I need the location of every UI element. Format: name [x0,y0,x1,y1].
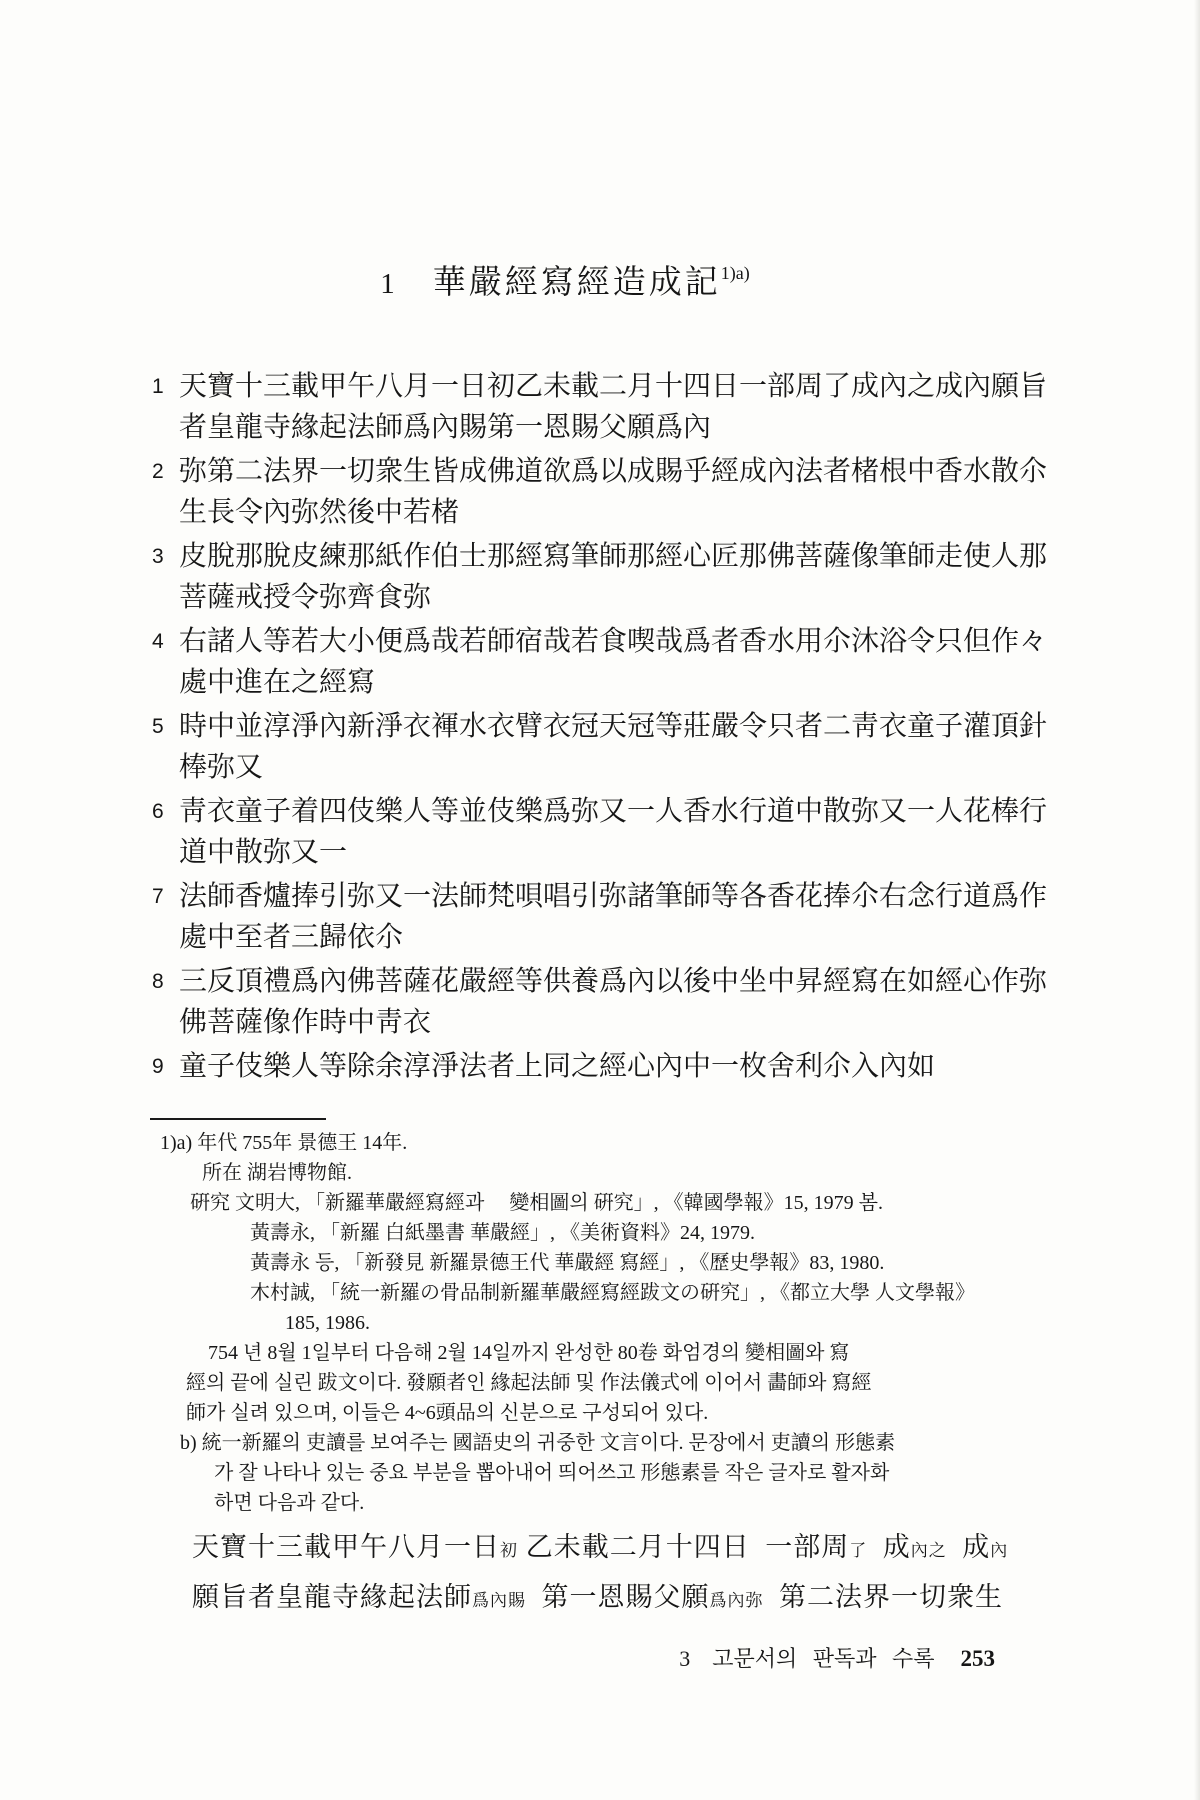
footer-chapter-number: 3 [679,1646,690,1671]
idu-text: 第二法界一切衆生 [764,1582,1004,1612]
line-text: 童子伎樂人等除余淳淨法者上同之經心內中一枚舍利尒入內如 [179,1046,1057,1087]
line-number: 8 [152,961,179,1043]
idu-reading-line: 願旨者皇龍寺緣起法師爲內賜 第一恩賜父願爲內弥 第二法界一切衆生 [192,1574,1052,1624]
idu-text: 第一恩賜父願 [526,1582,710,1612]
line-number: 9 [152,1046,179,1087]
line-number: 3 [152,536,179,618]
idu-morpheme-small: 內 [990,1541,1008,1560]
idu-text: 成 [947,1532,991,1562]
footnote-line: 黃壽永 등, 「新發見 新羅景德王代 華嚴經 寫經」, 《歷史學報》83, 19… [0,1248,1060,1278]
line-text-row: 道中散弥又一 [179,832,1057,873]
footnote-line: 754 년 8월 1일부터 다음해 2월 14일까지 완성한 80卷 화엄경의 … [0,1338,1060,1368]
footer-page-number: 253 [961,1646,996,1671]
line-text: 右諸人等若大小便爲哉若師宿哉若食喫哉爲者香水用尒沐浴令只但作々處中進在之經寫 [179,621,1057,703]
idu-text: 乙未載二月十四日 一部周 [518,1532,849,1562]
manuscript-transcription: 1天寶十三載甲午八月一日初乙未載二月十四日一部周了成內之成內願旨者皇龍寺緣起法師… [152,366,1057,1090]
idu-text: 願旨者皇龍寺緣起法師 [192,1582,472,1612]
page-footer: 3고문서의 판독과 수록253 [0,1642,995,1673]
line-text: 天寶十三載甲午八月一日初乙未載二月十四日一部周了成內之成內願旨者皇龍寺緣起法師爲… [179,366,1057,448]
line-text-row: 生長令內弥然後中若楮 [179,492,1057,533]
line-number: 2 [152,451,179,533]
line-text-row: 者皇龍寺緣起法師爲內賜第一恩賜父願爲內 [179,407,1057,448]
line-text-row: 時中並淳淨內新淨衣褌水衣臂衣冠天冠等莊嚴令只者二靑衣童子灌頂針 [179,706,1057,747]
line-text-row: 菩薩戒授令弥齊食弥 [179,577,1057,618]
line-text-row: 童子伎樂人等除余淳淨法者上同之經心內中一枚舍利尒入內如 [179,1046,1057,1087]
title-number: 1 [380,268,395,300]
footnote-separator-rule [150,1118,326,1120]
line-number: 7 [152,876,179,958]
transcription-line: 9童子伎樂人等除余淳淨法者上同之經心內中一枚舍利尒入內如 [152,1046,1057,1087]
footnote-line: 所在 湖岩博物館. [0,1158,1060,1188]
line-number: 5 [152,706,179,788]
line-text: 靑衣童子着四伎樂人等並伎樂爲弥又一人香水行道中散弥又一人花棒行道中散弥又一 [179,791,1057,873]
transcription-line: 3皮脫那脫皮練那紙作伯士那經寫筆師那經心匠那佛菩薩像筆師走使人那菩薩戒授令弥齊食… [152,536,1057,618]
line-text-row: 天寶十三載甲午八月一日初乙未載二月十四日一部周了成內之成內願旨 [179,366,1057,407]
idu-morpheme-small: 內之 [911,1541,947,1560]
footnote-line: 硏究 文明大, 「新羅華嚴經寫經과 變相圖의 硏究」, 《韓國學報》15, 19… [0,1188,1060,1218]
idu-reading-line: 天寶十三載甲午八月一日初 乙未載二月十四日 一部周了 成內之 成內 [192,1524,1052,1574]
line-text: 三反頂禮爲內佛菩薩花嚴經等供養爲內以後中坐中昇經寫在如經心作弥佛菩薩像作時中靑衣 [179,961,1057,1043]
footnote-line: 가 잘 나타나 있는 중요 부분을 뽑아내어 띄어쓰고 形態素를 작은 글자로 … [0,1458,1060,1488]
scan-edge-shadow [1194,0,1200,1800]
footnote-line: b) 統一新羅의 吏讀를 보여주는 國語史의 귀중한 文言이다. 문장에서 吏讀… [0,1428,1060,1458]
footnote-line: 185, 1986. [0,1308,1060,1338]
document-title: 1華嚴經寫經造成記1)a) [0,256,1130,303]
footnotes-block: 1)a) 年代 755年 景德王 14年.所在 湖岩博物館.硏究 文明大, 「新… [0,1128,1060,1518]
footnote-line: 黃壽永, 「新羅 白紙墨書 華嚴經」, 《美術資料》24, 1979. [0,1218,1060,1248]
title-text: 華嚴經寫經造成記 [433,265,721,301]
idu-morpheme-small: 爲內弥 [710,1591,764,1610]
idu-morpheme-small: 初 [500,1541,518,1560]
line-text: 時中並淳淨內新淨衣褌水衣臂衣冠天冠等莊嚴令只者二靑衣童子灌頂針棒弥又 [179,706,1057,788]
line-text-row: 法師香爐捧引弥又一法師梵唄唱引弥諸筆師等各香花捧尒右念行道爲作 [179,876,1057,917]
line-text-row: 右諸人等若大小便爲哉若師宿哉若食喫哉爲者香水用尒沐浴令只但作々 [179,621,1057,662]
idu-reading-block: 天寶十三載甲午八月一日初 乙未載二月十四日 一部周了 成內之 成內願旨者皇龍寺緣… [192,1524,1052,1624]
line-text: 弥第二法界一切衆生皆成佛道欲爲以成賜乎經成內法者楮根中香水散尒生長令內弥然後中若… [179,451,1057,533]
footnote-line: 師가 실려 있으며, 이들은 4~6頭品의 신분으로 구성되어 있다. [0,1398,1060,1428]
footnote-line: 木村誠, 「統一新羅の骨品制新羅華嚴經寫經跋文の硏究」, 《都立大學 人文學報》 [0,1278,1060,1308]
footnote-line: 1)a) 年代 755年 景德王 14年. [0,1128,1060,1158]
idu-morpheme-small: 爲內賜 [472,1591,526,1610]
scanned-book-page: 1華嚴經寫經造成記1)a) 1天寶十三載甲午八月一日初乙未載二月十四日一部周了成… [0,0,1200,1800]
line-text-row: 皮脫那脫皮練那紙作伯士那經寫筆師那經心匠那佛菩薩像筆師走使人那 [179,536,1057,577]
line-text-row: 處中至者三歸依尒 [179,917,1057,958]
transcription-line: 8三反頂禮爲內佛菩薩花嚴經等供養爲內以後中坐中昇經寫在如經心作弥佛菩薩像作時中靑… [152,961,1057,1043]
line-text: 皮脫那脫皮練那紙作伯士那經寫筆師那經心匠那佛菩薩像筆師走使人那菩薩戒授令弥齊食弥 [179,536,1057,618]
line-text-row: 弥第二法界一切衆生皆成佛道欲爲以成賜乎經成內法者楮根中香水散尒 [179,451,1057,492]
idu-text: 天寶十三載甲午八月一日 [192,1532,500,1562]
idu-morpheme-small: 了 [849,1541,867,1560]
transcription-line: 1天寶十三載甲午八月一日初乙未載二月十四日一部周了成內之成內願旨者皇龍寺緣起法師… [152,366,1057,448]
line-text-row: 佛菩薩像作時中靑衣 [179,1002,1057,1043]
line-text-row: 棒弥又 [179,747,1057,788]
line-number: 6 [152,791,179,873]
transcription-line: 2弥第二法界一切衆生皆成佛道欲爲以成賜乎經成內法者楮根中香水散尒生長令內弥然後中… [152,451,1057,533]
footnote-line: 經의 끝에 실린 跋文이다. 發願者인 緣起法師 및 作法儀式에 이어서 畵師와… [0,1368,1060,1398]
transcription-line: 6靑衣童子着四伎樂人等並伎樂爲弥又一人香水行道中散弥又一人花棒行道中散弥又一 [152,791,1057,873]
footnote-line: 하면 다음과 같다. [0,1488,1060,1518]
line-text: 法師香爐捧引弥又一法師梵唄唱引弥諸筆師等各香花捧尒右念行道爲作處中至者三歸依尒 [179,876,1057,958]
line-number: 1 [152,366,179,448]
line-text-row: 三反頂禮爲內佛菩薩花嚴經等供養爲內以後中坐中昇經寫在如經心作弥 [179,961,1057,1002]
idu-text: 成 [867,1532,911,1562]
line-text-row: 靑衣童子着四伎樂人等並伎樂爲弥又一人香水行道中散弥又一人花棒行 [179,791,1057,832]
footer-section-title: 고문서의 판독과 수록 [712,1646,934,1671]
transcription-line: 5時中並淳淨內新淨衣褌水衣臂衣冠天冠等莊嚴令只者二靑衣童子灌頂針棒弥又 [152,706,1057,788]
transcription-line: 7法師香爐捧引弥又一法師梵唄唱引弥諸筆師等各香花捧尒右念行道爲作處中至者三歸依尒 [152,876,1057,958]
transcription-line: 4右諸人等若大小便爲哉若師宿哉若食喫哉爲者香水用尒沐浴令只但作々處中進在之經寫 [152,621,1057,703]
line-text-row: 處中進在之經寫 [179,662,1057,703]
title-footnote-marker: 1)a) [721,263,750,283]
line-number: 4 [152,621,179,703]
